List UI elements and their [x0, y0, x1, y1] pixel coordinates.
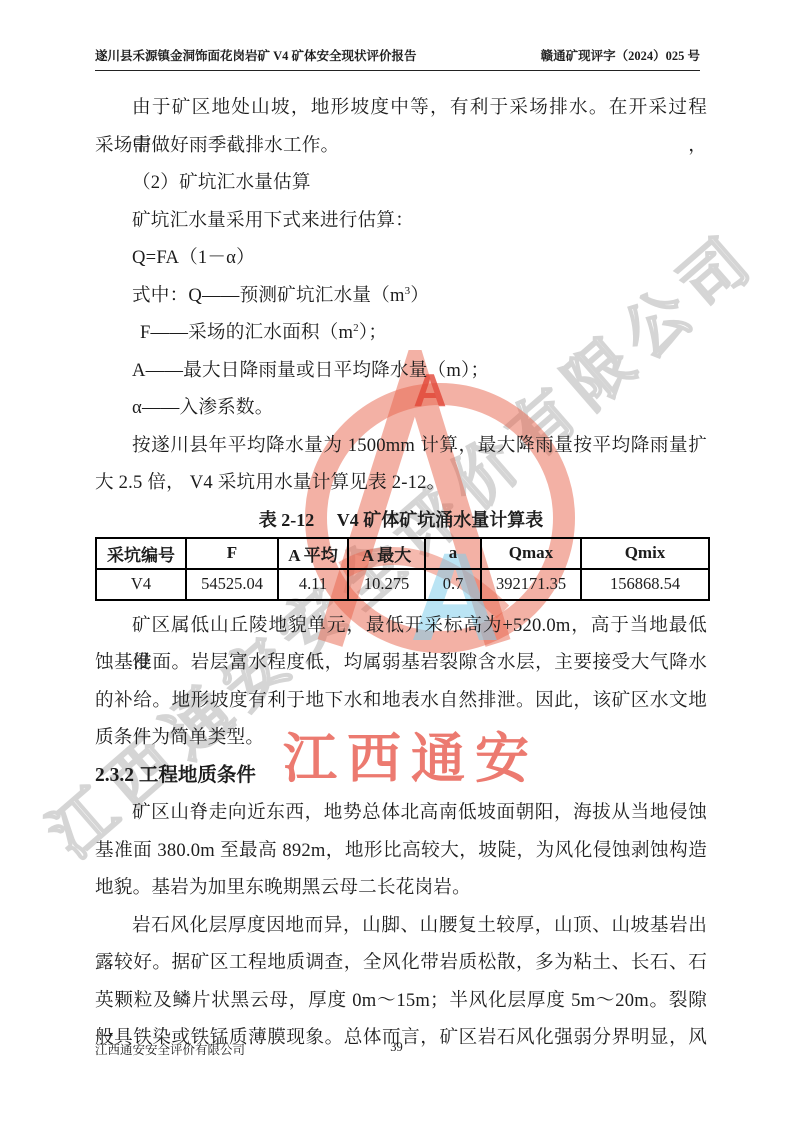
- formula-definition-a: A——最大日降雨量或日平均降水量（m）；: [95, 352, 707, 390]
- column-header: F: [186, 538, 278, 569]
- section-heading-2-3-2: 2.3.2 工程地质条件: [95, 757, 707, 795]
- table-cell: 4.11: [278, 569, 348, 600]
- formula-definition-alpha: α——入渗系数。: [95, 389, 707, 427]
- water-inflow-table: 采坑编号 F A 平均 A 最大 a Qmax Qmix V4 54525.04…: [95, 537, 710, 601]
- list-item-heading: （2）矿坑汇水量估算: [95, 164, 707, 202]
- paragraph-line: 蚀基准面。岩层富水程度低，均属弱基岩裂隙含水层，主要接受大气降水: [95, 644, 707, 682]
- definition-text: ）；: [359, 322, 387, 343]
- formula-intro: 矿坑汇水量采用下式来进行估算：: [95, 202, 707, 240]
- paragraph-line: 的补给。地形坡度有利于地下水和地表水自然排泄。因此，该矿区水文地: [95, 682, 707, 720]
- table-cell: V4: [96, 569, 186, 600]
- paragraph-line: 矿区属低山丘陵地貌单元，最低开采标高为+520.0m，高于当地最低侵: [95, 607, 707, 645]
- table-cell: 0.7: [425, 569, 481, 600]
- definition-text: ）: [410, 285, 429, 306]
- column-header: A 最大: [348, 538, 425, 569]
- page-header: 遂川县禾源镇金洞饰面花岗岩矿 V4 矿体安全现状评价报告 赣通矿现评字（2024…: [95, 46, 700, 71]
- formula: Q=FA（1－α）: [95, 239, 707, 277]
- paragraph-line: 按遂川县年平均降水量为 1500mm 计算，最大降雨量按平均降雨量扩: [95, 427, 707, 465]
- paragraph-line: 矿区山脊走向近东西，地势总体北高南低坡面朝阳，海拔从当地侵蚀: [95, 794, 707, 832]
- paragraph-line: 质条件为简单类型。: [95, 719, 707, 757]
- paragraph-line: 露较好。据矿区工程地质调查，全风化带岩质松散，多为粘土、长石、石: [95, 944, 707, 982]
- paragraph-line: 由于矿区地处山坡，地形坡度中等，有利于采场排水。在开采过程中，: [95, 89, 707, 127]
- paragraph-line: 大 2.5 倍， V4 采坑用水量计算见表 2-12。: [95, 464, 707, 502]
- definition-text: F——采场的汇水面积（m: [140, 322, 353, 343]
- column-header: Qmax: [481, 538, 581, 569]
- table-header-row: 采坑编号 F A 平均 A 最大 a Qmax Qmix: [96, 538, 709, 569]
- table-caption: 表 2-12 V4 矿体矿坑涌水量计算表: [95, 504, 707, 536]
- table-cell: 156868.54: [581, 569, 709, 600]
- table-cell: 54525.04: [186, 569, 278, 600]
- document-body: 由于矿区地处山坡，地形坡度中等，有利于采场排水。在开采过程中， 采场需做好雨季截…: [95, 89, 707, 1057]
- table-cell: 10.275: [348, 569, 425, 600]
- formula-definition-f: F——采场的汇水面积（m2）；: [95, 314, 707, 352]
- page-number: 39: [0, 1040, 793, 1055]
- definition-text: 式中：Q——预测矿坑汇水量（m: [132, 285, 405, 306]
- column-header: a: [425, 538, 481, 569]
- paragraph-line: 基准面 380.0m 至最高 892m，地形比高较大，坡陡，为风化侵蚀剥蚀构造: [95, 832, 707, 870]
- header-doc-number: 赣通矿现评字（2024）025 号: [541, 46, 700, 64]
- paragraph-line: 岩石风化层厚度因地而异，山脚、山腰复土较厚，山顶、山坡基岩出: [95, 907, 707, 945]
- page-footer: 江西通安安全评价有限公司 39: [0, 1040, 793, 1060]
- document-page: 江西通安安全评价有限公司 A A 江西通安 遂川县禾源镇金洞饰面花岗岩矿 V4 …: [0, 0, 793, 1122]
- paragraph-line: 英颗粒及鳞片状黑云母，厚度 0m～15m；半风化层厚度 5m～20m。裂隙一: [95, 982, 707, 1020]
- paragraph-line: 地貌。基岩为加里东晚期黑云母二长花岗岩。: [95, 869, 707, 907]
- table-row: V4 54525.04 4.11 10.275 0.7 392171.35 15…: [96, 569, 709, 600]
- header-report-title: 遂川县禾源镇金洞饰面花岗岩矿 V4 矿体安全现状评价报告: [95, 46, 417, 64]
- column-header: Qmix: [581, 538, 709, 569]
- formula-definition-q: 式中：Q——预测矿坑汇水量（m3）: [95, 277, 707, 315]
- column-header: 采坑编号: [96, 538, 186, 569]
- table-cell: 392171.35: [481, 569, 581, 600]
- column-header: A 平均: [278, 538, 348, 569]
